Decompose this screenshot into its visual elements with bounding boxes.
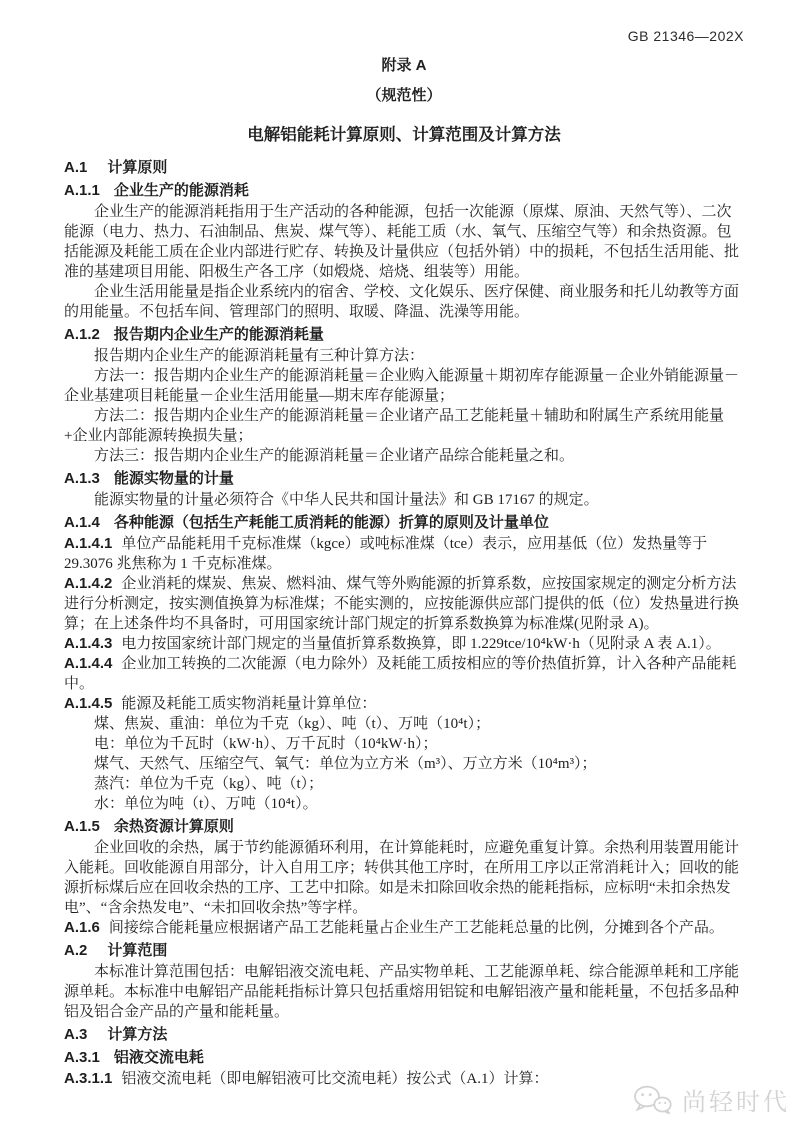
clause-text: 方法一：报告期内企业生产的能源消耗量＝企业购入能源量＋期初库存能源量－企业外销能… — [64, 368, 739, 404]
clause-text: 单位产品能耗用千克标准煤（kgce）或吨标准煤（tce）表示，应用基低（位）发热… — [64, 536, 707, 572]
clause-text: 企业生产的能源消耗指用于生产活动的各种能源，包括一次能源（原煤、原油、天然气等）… — [64, 204, 739, 280]
clause-title: 计算方法 — [107, 1026, 167, 1043]
clause-title: 计算范围 — [107, 942, 167, 959]
unit-list-item: 煤气、天然气、压缩空气、氧气：单位为立方米（m³）、万立方米（10⁴m³）； — [64, 754, 744, 774]
paragraph: 企业生活用能量是指企业系统内的宿舍、学校、文化娱乐、医疗保健、商业服务和托儿幼教… — [64, 282, 744, 322]
paragraph: 企业生产的能源消耗指用于生产活动的各种能源，包括一次能源（原煤、原油、天然气等）… — [64, 202, 744, 282]
clause-number: A.1 — [64, 159, 87, 176]
clause-paragraph: A.1.4.1单位产品能耗用千克标准煤（kgce）或吨标准煤（tce）表示，应用… — [64, 534, 744, 574]
clause-number: A.1.4.4 — [64, 655, 112, 672]
clause-number: A.1.1 — [64, 182, 100, 199]
unit-list-item: 电：单位为千瓦时（kW·h）、万千瓦时（10⁴kW·h）； — [64, 734, 744, 754]
page-title: 电解铝能耗计算原则、计算范围及计算方法 — [64, 121, 744, 145]
appendix-title: 附录 A — [64, 54, 744, 75]
section-heading: A.1计算原则 — [64, 157, 744, 178]
clause-text: 能源实物量的计量必须符合《中华人民共和国计量法》和 GB 17167 的规定。 — [94, 492, 599, 508]
clause-paragraph: A.1.4.3电力按国家统计部门规定的当量值折算系数换算，即 1.229tce/… — [64, 634, 744, 654]
clause-number: A.1.6 — [64, 919, 100, 936]
clause-text: 煤气、天然气、压缩空气、氧气：单位为立方米（m³）、万立方米（10⁴m³）； — [94, 756, 597, 772]
clause-number: A.1.4 — [64, 514, 100, 531]
subsection-heading: A.1.3能源实物量的计量 — [64, 468, 744, 489]
clause-number: A.1.4.2 — [64, 575, 112, 592]
clause-title: 报告期内企业生产的能源消耗量 — [114, 326, 324, 343]
clause-text: 方法二：报告期内企业生产的能源消耗量＝企业诸产品工艺能耗量＋辅助和附属生产系统用… — [64, 408, 724, 444]
clause-paragraph: A.1.4.4企业加工转换的二次能源（电力除外）及耗能工质按相应的等价热值折算，… — [64, 654, 744, 694]
section-heading: A.2计算范围 — [64, 940, 744, 961]
clause-number: A.3.1 — [64, 1049, 100, 1066]
subsection-heading: A.1.1企业生产的能源消耗 — [64, 180, 744, 201]
clause-text: 电：单位为千瓦时（kW·h）、万千瓦时（10⁴kW·h）； — [94, 736, 438, 752]
subsection-heading: A.1.4各种能源（包括生产耗能工质消耗的能源）折算的原则及计量单位 — [64, 512, 744, 533]
subsection-heading: A.1.2报告期内企业生产的能源消耗量 — [64, 324, 744, 345]
subsection-heading: A.3.1铝液交流电耗 — [64, 1047, 744, 1068]
clause-text: 能源及耗能工质实物消耗量计算单位： — [121, 696, 376, 712]
paragraph: 方法一：报告期内企业生产的能源消耗量＝企业购入能源量＋期初库存能源量－企业外销能… — [64, 366, 744, 406]
clause-title: 能源实物量的计量 — [114, 470, 234, 487]
clause-text: 企业生活用能量是指企业系统内的宿舍、学校、文化娱乐、医疗保健、商业服务和托儿幼教… — [64, 284, 739, 320]
clause-text: 煤、焦炭、重油：单位为千克（kg）、吨（t）、万吨（10⁴t）； — [94, 716, 490, 732]
clause-number: A.1.2 — [64, 326, 100, 343]
appendix-subtitle: （规范性） — [64, 84, 744, 105]
clause-paragraph: A.1.4.2企业消耗的煤炭、焦炭、燃料油、煤气等外购能源的折算系数，应按国家规… — [64, 574, 744, 634]
wechat-icon — [632, 1084, 674, 1116]
unit-list-item: 蒸汽：单位为千克（kg）、吨（t）； — [64, 774, 744, 794]
paragraph: 方法三：报告期内企业生产的能源消耗量＝企业诸产品综合能耗量之和。 — [64, 446, 744, 466]
clause-text: 报告期内企业生产的能源消耗量有三种计算方法： — [94, 348, 424, 364]
clause-number: A.1.3 — [64, 470, 100, 487]
clause-text: 间接综合能耗量应根据诸产品工艺能耗量占企业生产工艺能耗总量的比例，分摊到各个产品… — [109, 920, 724, 936]
paragraph: 能源实物量的计量必须符合《中华人民共和国计量法》和 GB 17167 的规定。 — [64, 490, 744, 510]
clause-paragraph: A.1.6间接综合能耗量应根据诸产品工艺能耗量占企业生产工艺能耗总量的比例，分摊… — [64, 918, 744, 938]
clause-text: 水：单位为吨（t）、万吨（10⁴t）。 — [94, 796, 318, 812]
clause-text: 企业回收的余热，属于节约能源循环利用，在计算能耗时，应避免重复计算。余热利用装置… — [64, 840, 739, 916]
clause-number: A.2 — [64, 942, 87, 959]
paragraph: 企业回收的余热，属于节约能源循环利用，在计算能耗时，应避免重复计算。余热利用装置… — [64, 838, 744, 918]
clause-paragraph: A.1.4.5能源及耗能工质实物消耗量计算单位： — [64, 694, 744, 714]
clause-text: 方法三：报告期内企业生产的能源消耗量＝企业诸产品综合能耗量之和。 — [94, 448, 574, 464]
unit-list-item: 水：单位为吨（t）、万吨（10⁴t）。 — [64, 794, 744, 814]
clause-text: 铝液交流电耗（即电解铝液可比交流电耗）按公式（A.1）计算： — [121, 1071, 548, 1087]
clause-number: A.1.5 — [64, 818, 100, 835]
paragraph: 本标准计算范围包括：电解铝液交流电耗、产品实物单耗、工艺能源单耗、综合能源单耗和… — [64, 962, 744, 1022]
clause-title: 各种能源（包括生产耗能工质消耗的能源）折算的原则及计量单位 — [114, 514, 549, 531]
clause-title: 余热资源计算原则 — [114, 818, 234, 835]
watermark-text: 尚轻时代 — [682, 1082, 790, 1117]
clause-text: 企业加工转换的二次能源（电力除外）及耗能工质按相应的等价热值折算，计入各种产品能… — [64, 656, 736, 692]
clause-number: A.1.4.5 — [64, 695, 112, 712]
document-page: GB 21346—202X 附录 A （规范性） 电解铝能耗计算原则、计算范围及… — [0, 0, 800, 1131]
unit-list-item: 煤、焦炭、重油：单位为千克（kg）、吨（t）、万吨（10⁴t）； — [64, 714, 744, 734]
clause-title: 铝液交流电耗 — [114, 1049, 204, 1066]
section-heading: A.3计算方法 — [64, 1024, 744, 1045]
standard-number: GB 21346—202X — [64, 28, 744, 44]
clause-title: 企业生产的能源消耗 — [114, 182, 249, 199]
clause-text: 电力按国家统计部门规定的当量值折算系数换算，即 1.229tce/10⁴kW·h… — [121, 636, 720, 652]
clause-number: A.3.1.1 — [64, 1070, 112, 1087]
paragraph: 方法二：报告期内企业生产的能源消耗量＝企业诸产品工艺能耗量＋辅助和附属生产系统用… — [64, 406, 744, 446]
clause-number: A.1.4.3 — [64, 635, 112, 652]
clause-title: 计算原则 — [107, 159, 167, 176]
document-body: A.1计算原则A.1.1企业生产的能源消耗企业生产的能源消耗指用于生产活动的各种… — [64, 157, 744, 1089]
subsection-heading: A.1.5余热资源计算原则 — [64, 816, 744, 837]
clause-number: A.1.4.1 — [64, 535, 112, 552]
clause-text: 企业消耗的煤炭、焦炭、燃料油、煤气等外购能源的折算系数，应按国家规定的测定分析方… — [64, 576, 739, 632]
clause-text: 蒸汽：单位为千克（kg）、吨（t）； — [94, 776, 323, 792]
clause-text: 本标准计算范围包括：电解铝液交流电耗、产品实物单耗、工艺能源单耗、综合能源单耗和… — [64, 964, 739, 1020]
paragraph: 报告期内企业生产的能源消耗量有三种计算方法： — [64, 346, 744, 366]
clause-number: A.3 — [64, 1026, 87, 1043]
watermark: 尚轻时代 — [632, 1082, 790, 1117]
